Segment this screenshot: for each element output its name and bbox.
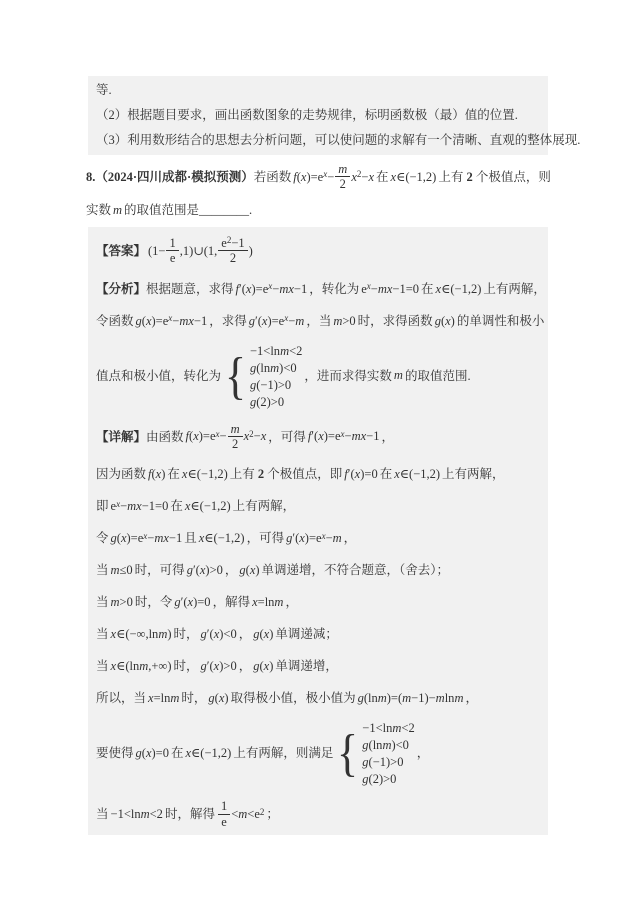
intro-note-block: 等. （2）根据题目要求，画出函数图象的走势规律，标明函数极（最）值的位置. （… bbox=[88, 76, 548, 155]
fraction: 1e bbox=[218, 799, 230, 829]
document-page: 等. （2）根据题目要求，画出函数图象的走势规律，标明函数极（最）值的位置. （… bbox=[0, 0, 640, 905]
fraction: m2 bbox=[228, 422, 243, 452]
answer-line: 【答案】(1−1e,1)∪(1,e2−12) bbox=[96, 237, 540, 267]
intro-line: （2）根据题目要求，画出函数图象的走势规律，标明函数极（最）值的位置. bbox=[96, 103, 540, 128]
detail-line: 当m≤0时，可得g′(x)>0，g(x)单调递增，不符合题意，（舍去）； bbox=[96, 560, 540, 580]
analysis-line: 【分析】根据题意，求得f′(x)=ex−mx−1，转化为ex−mx−1=0在x∈… bbox=[96, 279, 540, 299]
fraction: e2−12 bbox=[218, 236, 247, 266]
detail-line-cases: 要使得g(x)=0在x∈(−1,2)上有两解，则满足{−1<lnm<2g(lnm… bbox=[96, 720, 540, 788]
detail-line: 因为函数f(x)在x∈(−1,2)上有 2 个极值点，即f′(x)=0在x∈(−… bbox=[96, 464, 540, 484]
fraction: 1e bbox=[166, 236, 178, 266]
solution-block: 【答案】(1−1e,1)∪(1,e2−12) 【分析】根据题意，求得f′(x)=… bbox=[88, 227, 548, 835]
detail-line: 【详解】由函数f(x)=ex−m2x2−x，可得f′(x)=ex−mx−1， bbox=[96, 423, 540, 453]
detail-line: 当x∈(−∞,lnm)时，g′(x)<0，g(x)单调递减； bbox=[96, 624, 540, 644]
detail-line: 所以，当x=lnm时，g(x)取得极小值，极小值为g(lnm)=(m−1)−ml… bbox=[96, 688, 540, 708]
cases-system: {−1<lnm<2g(lnm)<0g(−1)>0g(2)>0 bbox=[223, 343, 302, 411]
detail-line: 令g(x)=ex−mx−1且x∈(−1,2)，可得g′(x)=ex−m， bbox=[96, 528, 540, 548]
analysis-line: 令函数g(x)=ex−mx−1，求得g′(x)=ex−m，当m>0时，求得函数g… bbox=[96, 311, 540, 331]
intro-line: 等. bbox=[96, 78, 540, 103]
detail-line: 即ex−mx−1=0在x∈(−1,2)上有两解， bbox=[96, 496, 540, 516]
intro-line: （3）利用数形结合的思想去分析问题，可以使问题的求解有一个清晰、直观的整体展现. bbox=[96, 128, 540, 153]
cases-system: {−1<lnm<2g(lnm)<0g(−1)>0g(2)>0 bbox=[335, 720, 414, 788]
fraction: m2 bbox=[335, 162, 350, 192]
detail-line: 当x∈(lnm,+∞)时，g′(x)>0，g(x)单调递增， bbox=[96, 656, 540, 676]
detail-line: 当m>0时，令g′(x)=0，解得x=lnm， bbox=[96, 592, 540, 612]
question-line-blank: 实数m的取值范围是________. bbox=[86, 199, 548, 221]
question-8: 8.（2024·四川成都·模拟预测）若函数f(x)=ex−m2x2−x在x∈(−… bbox=[86, 155, 548, 227]
question-line: 8.（2024·四川成都·模拟预测）若函数f(x)=ex−m2x2−x在x∈(−… bbox=[86, 163, 548, 193]
analysis-line-cases: 值点和极小值，转化为{−1<lnm<2g(lnm)<0g(−1)>0g(2)>0… bbox=[96, 343, 540, 411]
detail-line: 当−1<lnm<2时，解得1e<m<e2； bbox=[96, 800, 540, 830]
